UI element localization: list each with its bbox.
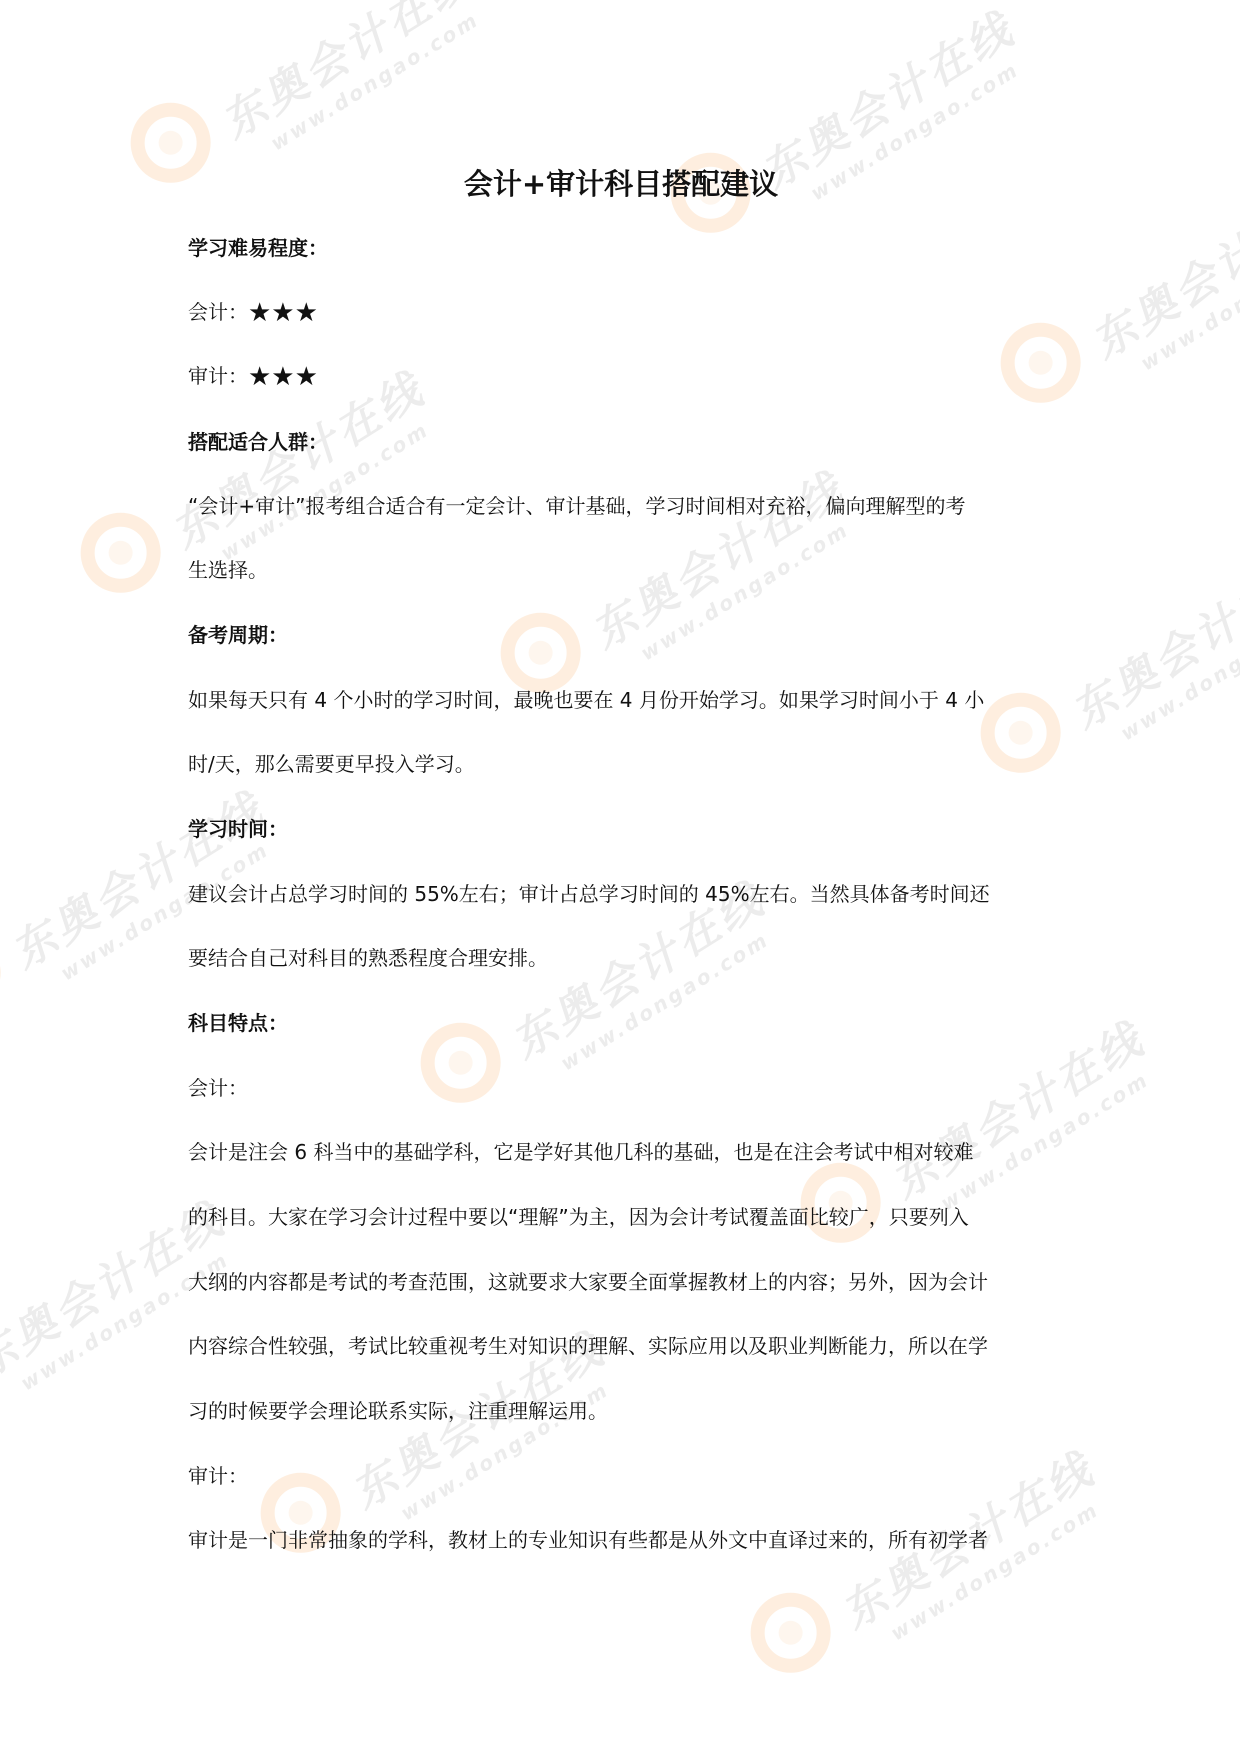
watermark-url: www.dongao.com bbox=[936, 1058, 1168, 1215]
difficulty-label: 会计： bbox=[188, 300, 248, 324]
audience-heading: 搭配适合人群： bbox=[188, 428, 328, 456]
watermark: 东奥会计在线 www.dongao.com bbox=[207, 0, 498, 171]
watermark-url: www.dongao.com bbox=[266, 0, 498, 155]
paragraph-line: 要结合自己对科目的熟悉程度合理安排。 bbox=[188, 944, 548, 972]
paragraph-line: 生选择。 bbox=[188, 556, 268, 584]
difficulty-item-accounting: 会计：★★★ bbox=[188, 298, 318, 327]
paragraph-line: 建议会计占总学习时间的 55%左右；审计占总学习时间的 45%左右。当然具体备考… bbox=[188, 880, 990, 908]
difficulty-item-audit: 审计：★★★ bbox=[188, 362, 318, 391]
watermark-url: www.dongao.com bbox=[1136, 218, 1240, 375]
paragraph-line: “会计+审计”报考组合适合有一定会计、审计基础，学习时间相对充裕，偏向理解型的考 bbox=[188, 492, 965, 520]
watermark-brand: 东奥会计在线 bbox=[877, 1004, 1155, 1211]
paragraph-line: 大纲的内容都是考试的考查范围，这就要求大家要全面掌握教材上的内容；另外，因为会计 bbox=[188, 1268, 988, 1296]
dongao-logo-icon bbox=[421, 1023, 501, 1103]
features-heading: 科目特点： bbox=[188, 1009, 288, 1037]
watermark: 东奥会计在线 www.dongao.com bbox=[1077, 164, 1240, 391]
study-time-heading: 学习时间： bbox=[188, 815, 288, 843]
watermark-brand: 东奥会计在线 bbox=[207, 0, 485, 151]
accounting-label: 会计： bbox=[188, 1074, 248, 1102]
watermark: 东奥会计在线 www.dongao.com bbox=[1057, 534, 1240, 761]
paragraph-line: 会计是注会 6 科当中的基础学科，它是学好其他几科的基础，也是在注会考试中相对较… bbox=[188, 1138, 973, 1166]
paragraph-line: 的科目。大家在学习会计过程中要以“理解”为主，因为会计考试覆盖面比较广，只要列入 bbox=[188, 1203, 969, 1231]
watermark-url: www.dongao.com bbox=[556, 918, 788, 1075]
watermark-url: www.dongao.com bbox=[636, 508, 868, 665]
document-title: 会计+审计科目搭配建议 bbox=[188, 166, 1054, 202]
dongao-logo-icon bbox=[0, 933, 1, 1013]
paragraph-line: 审计是一门非常抽象的学科，教材上的专业知识有些都是从外文中直译过来的，所有初学者 bbox=[188, 1526, 988, 1554]
watermark-brand: 东奥会计在线 bbox=[577, 454, 855, 661]
watermark-url: www.dongao.com bbox=[886, 1488, 1118, 1645]
prep-period-heading: 备考周期： bbox=[188, 621, 288, 649]
watermark-url: www.dongao.com bbox=[16, 1238, 248, 1395]
star-rating-icon: ★★★ bbox=[248, 362, 318, 392]
watermark-brand: 东奥会计在线 bbox=[1057, 534, 1240, 741]
paragraph-line: 习的时候要学会理论联系实际，注重理解运用。 bbox=[188, 1397, 608, 1425]
watermark-brand: 东奥会计在线 bbox=[1077, 164, 1240, 371]
paragraph-line: 内容综合性较强，考试比较重视考生对知识的理解、实际应用以及职业判断能力，所以在学 bbox=[188, 1332, 988, 1360]
dongao-logo-icon bbox=[751, 1593, 831, 1673]
dongao-logo-icon bbox=[501, 613, 581, 693]
dongao-logo-icon bbox=[981, 693, 1061, 773]
dongao-logo-icon bbox=[1001, 323, 1081, 403]
difficulty-label: 审计： bbox=[188, 364, 248, 388]
paragraph-line: 时/天，那么需要更早投入学习。 bbox=[188, 750, 475, 778]
dongao-logo-icon bbox=[81, 513, 161, 593]
difficulty-heading: 学习难易程度： bbox=[188, 234, 328, 262]
star-rating-icon: ★★★ bbox=[248, 298, 318, 328]
watermark: 东奥会计在线 www.dongao.com bbox=[877, 1004, 1168, 1231]
watermark-url: www.dongao.com bbox=[1116, 588, 1240, 745]
watermark-url: www.dongao.com bbox=[396, 1368, 628, 1525]
audit-label: 审计： bbox=[188, 1462, 248, 1490]
paragraph-line: 如果每天只有 4 个小时的学习时间，最晚也要在 4 月份开始学习。如果学习时间小… bbox=[188, 686, 984, 714]
watermark: 东奥会计在线 www.dongao.com bbox=[577, 454, 868, 681]
